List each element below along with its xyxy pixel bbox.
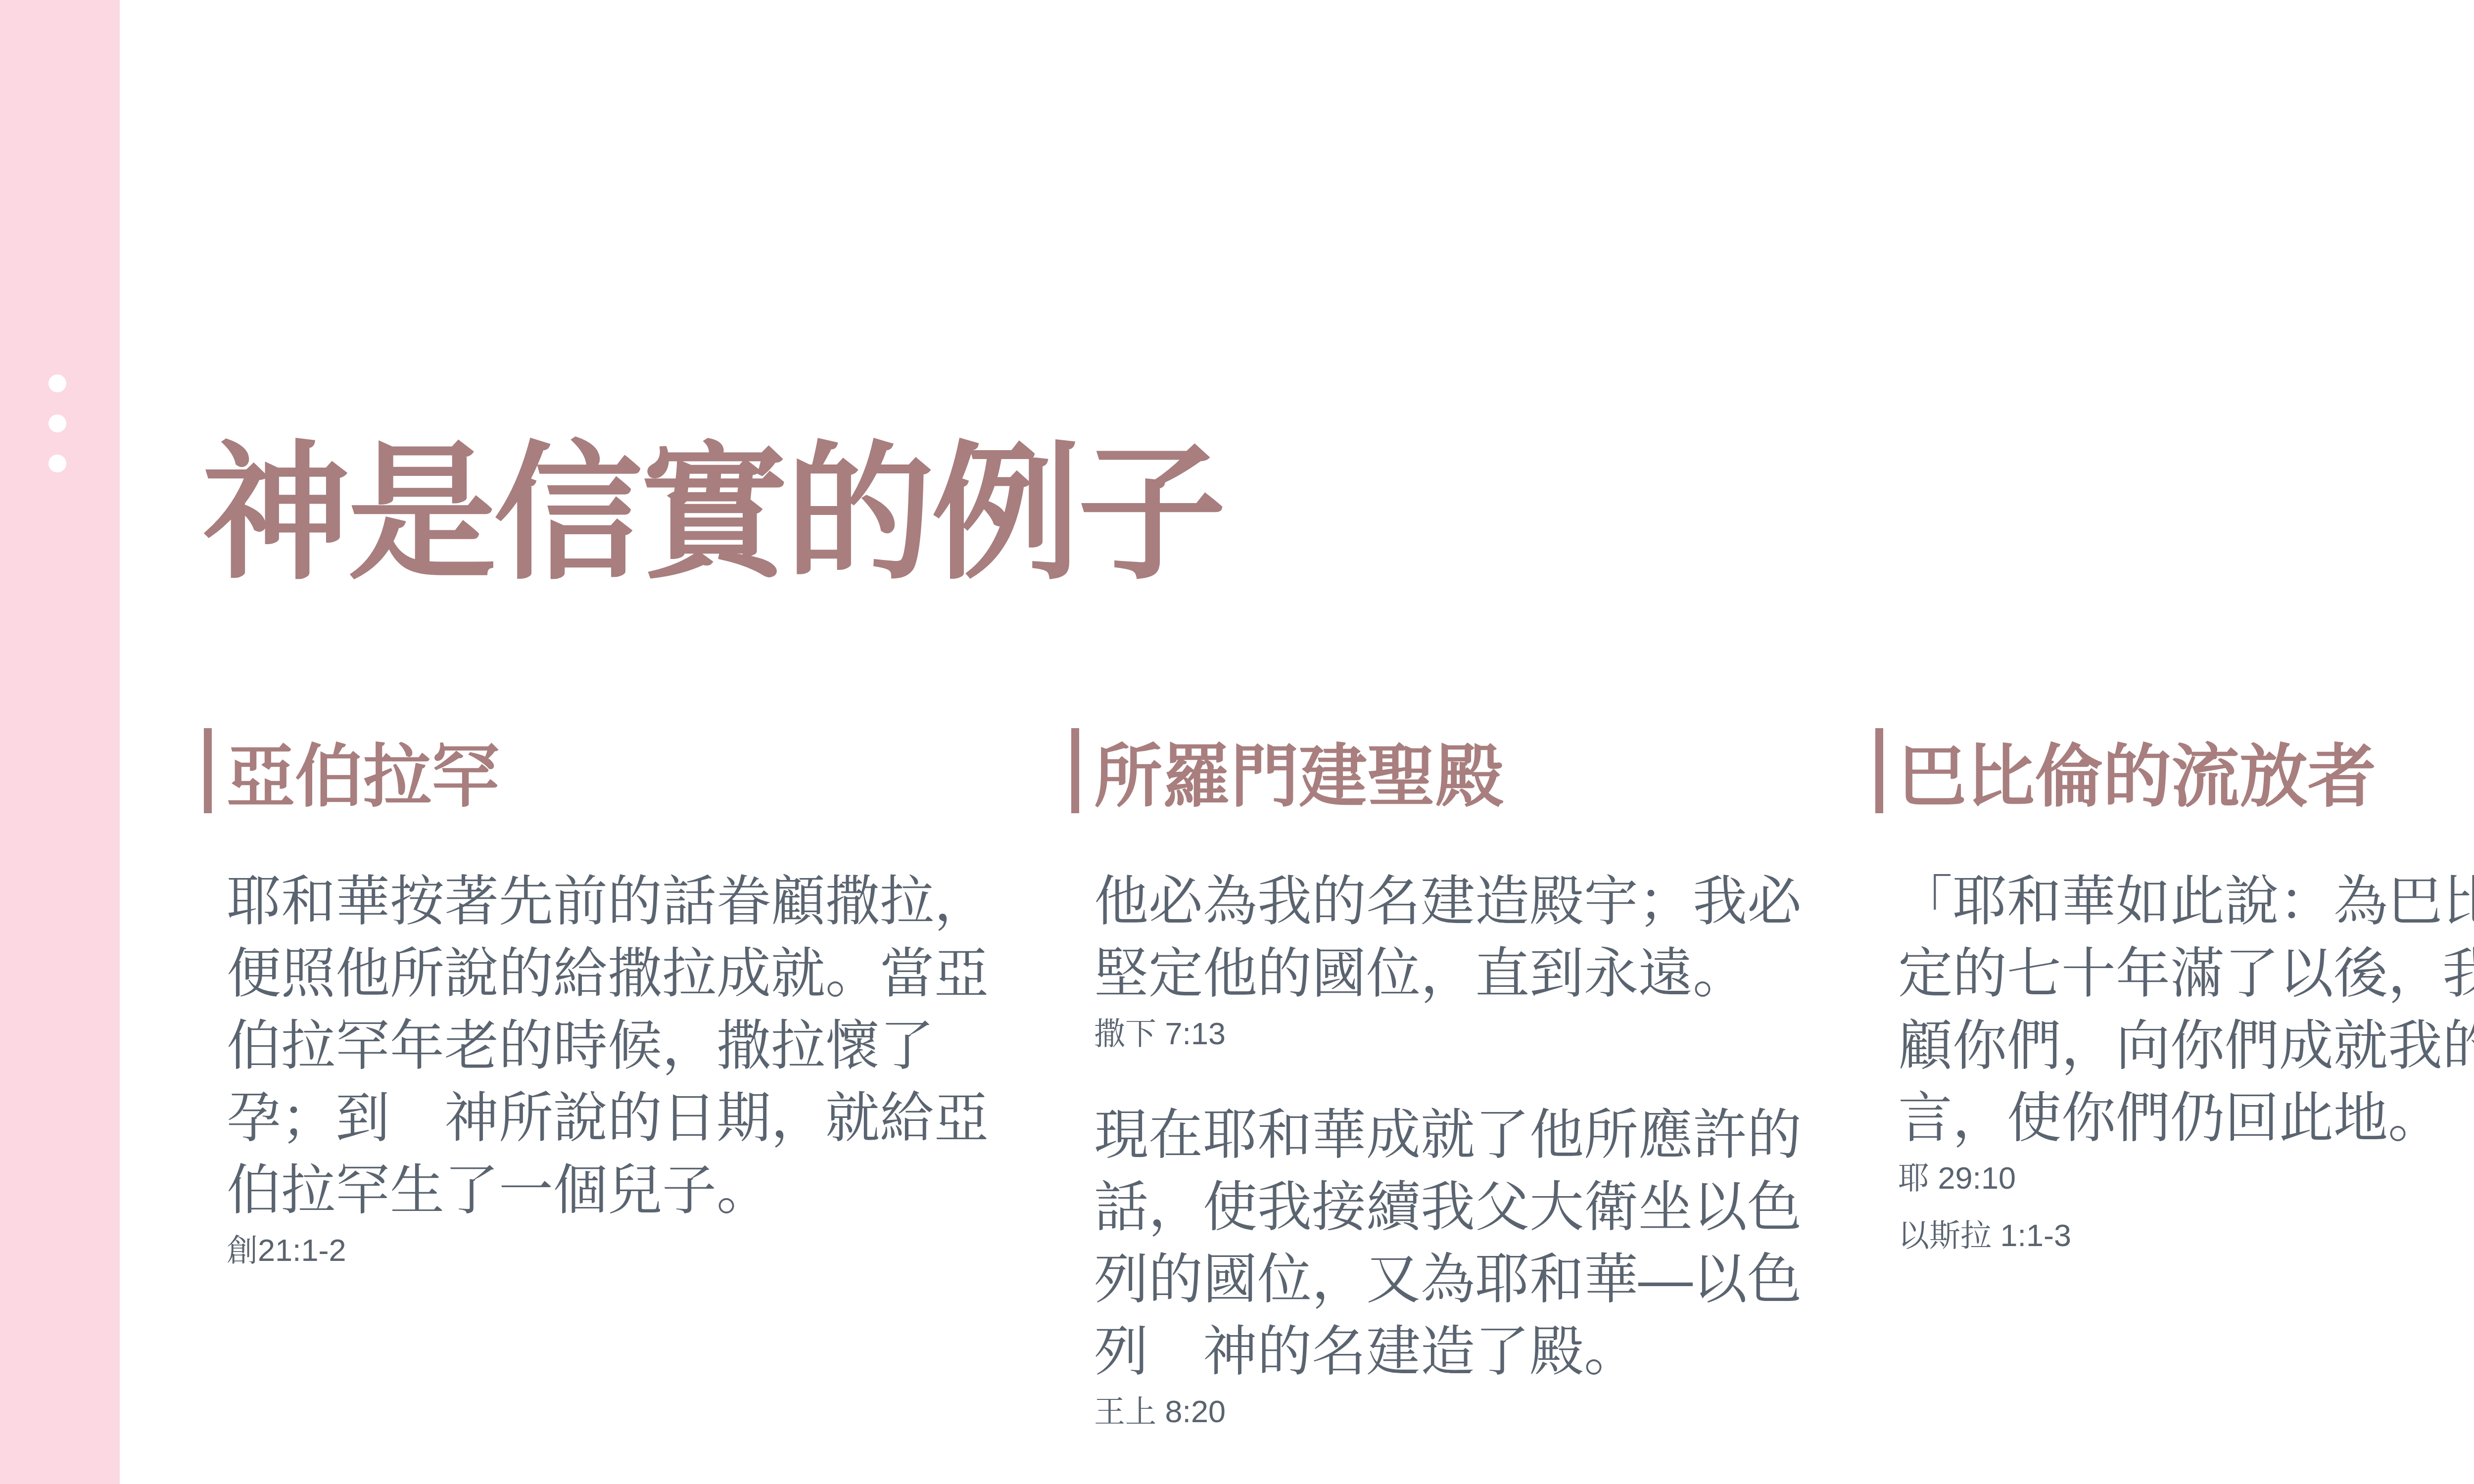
column-body: 耶和華按著先前的話眷顧撒拉， 便照他所說的給撒拉成就。當亞 伯拉罕年老的時候，撒… — [204, 866, 999, 1272]
scripture-reference: 以斯拉 1:1-3 — [1898, 1214, 2474, 1257]
scripture-reference: 王上 8:20 — [1094, 1390, 1836, 1434]
slide-title: 神是信實的例子 — [202, 432, 1224, 595]
column-heading-row: 所羅門建聖殿 — [1071, 728, 1836, 813]
column-babylon-exiles: 巴比倫的流放者 「耶和華如此說：為巴比倫所 定的七十年滿了以後，我要眷 顧你們，… — [1875, 728, 2474, 1257]
slide-canvas: { "slide": { "title": "神是信實的例子", "colors… — [0, 0, 2474, 1484]
verse-paragraph: 現在耶和華成就了他所應許的 話，使我接續我父大衛坐以色 列的國位，又為耶和華—以… — [1094, 1099, 1836, 1388]
column-heading-row: 亞伯拉罕 — [204, 728, 999, 813]
scripture-reference: 耶 29:10 — [1898, 1157, 2474, 1200]
column-heading-row: 巴比倫的流放者 — [1875, 728, 2474, 813]
column-body: 他必為我的名建造殿宇；我必 堅定他的國位，直到永遠。 撒下 7:13 現在耶和華… — [1071, 866, 1836, 1434]
column-heading: 亞伯拉罕 — [227, 722, 500, 820]
dot-icon — [48, 455, 66, 472]
verse-paragraph: 「耶和華如此說：為巴比倫所 定的七十年滿了以後，我要眷 顧你們，向你們成就我的恩… — [1898, 866, 2474, 1155]
column-body: 「耶和華如此說：為巴比倫所 定的七十年滿了以後，我要眷 顧你們，向你們成就我的恩… — [1875, 866, 2474, 1257]
column-heading: 所羅門建聖殿 — [1094, 722, 1504, 820]
sidebar-accent-bar — [0, 0, 120, 1484]
verse-paragraph: 他必為我的名建造殿宇；我必 堅定他的國位，直到永遠。 — [1094, 866, 1836, 1010]
scripture-reference: 撒下 7:13 — [1094, 1012, 1836, 1056]
scripture-reference: 創21:1-2 — [227, 1229, 999, 1272]
dot-icon — [48, 374, 66, 392]
dots-decoration — [48, 374, 66, 495]
column-solomon-temple: 所羅門建聖殿 他必為我的名建造殿宇；我必 堅定他的國位，直到永遠。 撒下 7:1… — [1071, 728, 1836, 1434]
column-abraham: 亞伯拉罕 耶和華按著先前的話眷顧撒拉， 便照他所說的給撒拉成就。當亞 伯拉罕年老… — [204, 728, 999, 1272]
dot-icon — [48, 415, 66, 432]
column-heading: 巴比倫的流放者 — [1898, 722, 2376, 820]
verse-paragraph: 耶和華按著先前的話眷顧撒拉， 便照他所說的給撒拉成就。當亞 伯拉罕年老的時候，撒… — [227, 866, 999, 1227]
